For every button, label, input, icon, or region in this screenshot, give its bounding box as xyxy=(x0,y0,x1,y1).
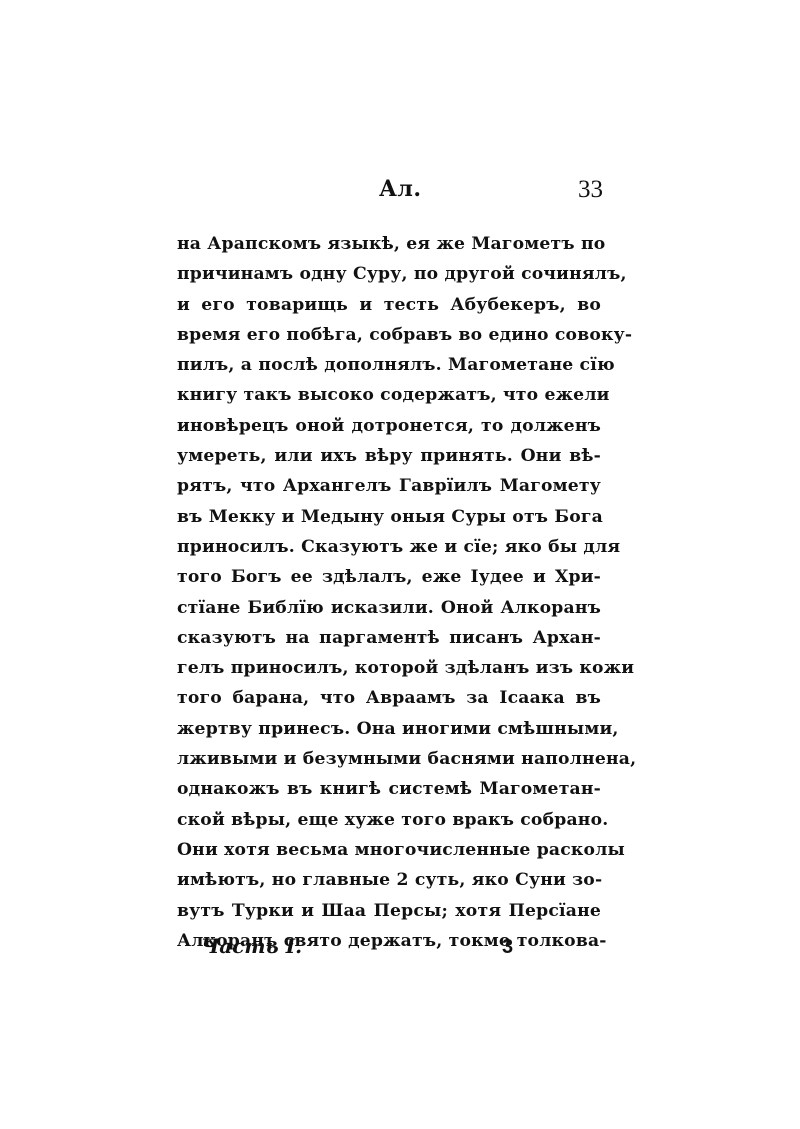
text-line: Они хотя весьма многочисленные расколы xyxy=(177,835,601,865)
text-line: въ Мекку и Медыну оныя Суры отъ Бога xyxy=(177,502,601,532)
text-line: книгу такъ высоко содержатъ, что ежели xyxy=(177,380,601,410)
body-text: на Арапскомъ языкѣ, ея же Магометъ по пр… xyxy=(177,229,601,956)
text-line: пилъ, а послѣ дополнялъ. Магометане сїю xyxy=(177,350,601,380)
text-line: вутъ Турки и Шаа Персы; хотя Персїане xyxy=(177,896,601,926)
text-line: умереть, или ихъ вѣру принять. Они вѣ- xyxy=(177,441,601,471)
text-line: сказуютъ на паргаментѣ писанъ Архан- xyxy=(177,623,601,653)
text-line: ской вѣры, еще хуже того вракъ собрано. xyxy=(177,805,601,835)
text-line: стїане Библїю исказили. Оной Алкоранъ xyxy=(177,593,601,623)
text-line: лживыми и безумными баснями наполнена, xyxy=(177,744,601,774)
text-line: того Богъ ее здѣлалъ, еже Iудее и Хри- xyxy=(177,562,601,592)
page-number: 33 xyxy=(578,176,603,204)
running-title: Ал. xyxy=(379,176,422,202)
book-page: Ал. 33 на Арапскомъ языкѣ, ея же Магомет… xyxy=(0,0,800,1129)
volume-signature: Часть I. xyxy=(201,934,302,958)
text-line: иновѣрецъ оной дотронется, то долженъ xyxy=(177,411,601,441)
text-line: имѣютъ, но главные 2 суть, яко Суни зо- xyxy=(177,865,601,895)
text-line: приносилъ. Сказуютъ же и сїе; яко бы для xyxy=(177,532,601,562)
text-line: жертву принесъ. Она иногими смѣшными, xyxy=(177,714,601,744)
running-head: Ал. 33 xyxy=(177,176,603,210)
text-line: и его товарищь и тесть Абубекеръ, во xyxy=(177,290,601,320)
text-line: гелъ приносилъ, которой здѣланъ изъ кожи xyxy=(177,653,601,683)
sheet-mark: 3 xyxy=(502,936,513,959)
text-line: того барана, что Авраамъ за Iсаака въ xyxy=(177,683,601,713)
text-line: рятъ, что Архангелъ Гаврїилъ Магомету xyxy=(177,471,601,501)
text-line: причинамъ одну Суру, по другой сочинялъ, xyxy=(177,259,601,289)
text-line: на Арапскомъ языкѣ, ея же Магометъ по xyxy=(177,229,601,259)
page-footer: Часть I. 3 xyxy=(177,934,601,968)
text-line: время его побѣга, собравъ во едино совок… xyxy=(177,320,601,350)
text-line: однакожъ въ книгѣ системѣ Магометан- xyxy=(177,774,601,804)
